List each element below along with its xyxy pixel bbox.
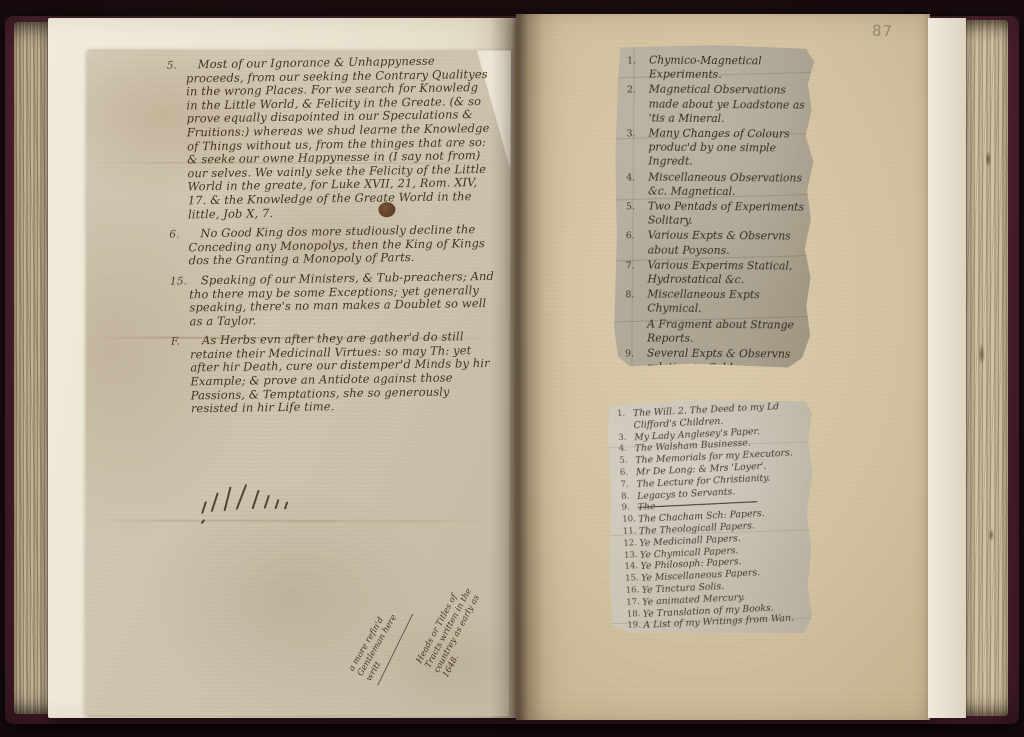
- folio-number: 87: [872, 22, 894, 41]
- item-text: Various Experims Statical, Hydrostatical…: [647, 258, 792, 286]
- list-item: 4.Miscellaneous Observations &c. Magneti…: [624, 170, 807, 200]
- entry-text: As Herbs evn after they are gather'd do …: [190, 330, 490, 416]
- item-number: 4.: [626, 171, 635, 185]
- item-number: 17.: [626, 597, 640, 609]
- entry-number: F.: [171, 336, 180, 350]
- entry-text: Speaking of our Ministers, & Tub-preache…: [189, 269, 494, 328]
- item-number: 7.: [620, 479, 629, 491]
- item-number: 1.: [617, 409, 626, 421]
- manuscript-entry: 15. Speaking of our Ministers, & Tub-pre…: [189, 270, 496, 329]
- list-item: 5.Two Pentads of Experiments Solitary.: [624, 199, 807, 229]
- item-number: 6.: [626, 230, 635, 244]
- item-number: 8.: [625, 289, 634, 303]
- list-item: 9.Several Expts & Observns relating to C…: [623, 346, 806, 376]
- item-number: 14.: [624, 561, 638, 573]
- item-text: Miscellaneous Observations &c. Magnetica…: [648, 170, 802, 198]
- item-number: 5.: [619, 456, 628, 468]
- underlying-page-edge: [928, 18, 966, 718]
- item-text: Various Expts & Observns about Poysons.: [648, 229, 791, 257]
- manuscript-entry: 6. No Good King dos more studiously decl…: [188, 223, 495, 268]
- pen-trial-marks: [199, 473, 302, 530]
- item-number: 13.: [624, 550, 638, 562]
- item-number: 4.: [619, 444, 628, 456]
- photograph-background: 5. Most of our Ignorance & Unhappynesse …: [0, 0, 1024, 737]
- item-text: Chymico-Magnetical Experiments.: [649, 54, 762, 82]
- item-text: Many Changes of Colours produc'd by one …: [648, 127, 789, 169]
- item-number: 5.: [626, 200, 635, 214]
- item-number: 16.: [626, 585, 640, 597]
- right-album-page: 87 1.Chymico-Magnetical Experiments. 2.M…: [516, 14, 930, 720]
- item-number: 12.: [623, 538, 637, 550]
- slip-top: 1.Chymico-Magnetical Experiments. 2.Magn…: [614, 44, 814, 367]
- list-item: 7.Various Experims Statical, Hydrostatic…: [623, 258, 806, 288]
- item-text: Two Pentads of Experiments Solitary.: [648, 200, 804, 228]
- item-number: 9.: [625, 347, 634, 361]
- item-number: 8.: [621, 491, 630, 503]
- entry-number: 5.: [167, 60, 177, 74]
- slip-bottom-rows: 1.The Will. 2. The Deed to my Ld Cliffor…: [616, 400, 818, 633]
- list-item: 6.Various Expts & Observns about Poysons…: [624, 229, 807, 259]
- manuscript-text-block: 5. Most of our Ignorance & Unhappynesse …: [186, 54, 497, 422]
- item-number: 11.: [623, 526, 637, 538]
- item-number: 19.: [627, 620, 641, 632]
- manuscript-leaf: 5. Most of our Ignorance & Unhappynesse …: [85, 49, 511, 716]
- list-item: 8.Miscellaneous Expts Chymical.: [623, 288, 806, 318]
- right-fore-edge: [964, 20, 1008, 716]
- ink-blot: [378, 202, 395, 217]
- list-item: A Fragment about Strange Reports.: [623, 317, 806, 347]
- list-item: 1.Chymico-Magnetical Experiments.: [625, 53, 808, 83]
- item-number: 1.: [627, 54, 636, 68]
- list-item: 2.Magnetical Observations made about ye …: [625, 83, 808, 127]
- item-number: 10.: [625, 377, 640, 391]
- list-item: 3.Many Changes of Colours produc'd by on…: [624, 126, 807, 170]
- item-number: 18.: [627, 609, 641, 621]
- manuscript-entry: 5. Most of our Ignorance & Unhappynesse …: [186, 54, 494, 222]
- item-number: 3.: [618, 432, 627, 444]
- item-number: 7.: [626, 259, 635, 273]
- item-text: A Fragment about Strange Reports.: [647, 317, 794, 345]
- item-text: Miscellaneous Expts Chymical.: [647, 288, 760, 316]
- item-number: 2.: [627, 84, 636, 98]
- item-number: 9.: [621, 503, 630, 515]
- item-number: 15.: [625, 573, 639, 585]
- item-number: 3.: [626, 127, 635, 141]
- item-number: 6.: [620, 467, 629, 479]
- corner-note-secondary: a more refin'd Gentleman here writt: [347, 599, 416, 685]
- entry-text: Most of our Ignorance & Unhappynesse pro…: [186, 54, 490, 221]
- item-text: Magnetical Observations made about ye Lo…: [649, 83, 805, 125]
- left-album-page: 5. Most of our Ignorance & Unhappynesse …: [48, 18, 516, 718]
- item-number: 10.: [622, 514, 636, 526]
- manuscript-entry: F. As Herbs evn after they are gather'd …: [190, 330, 497, 416]
- corner-note: Heads or Titles of Tracts written in the…: [415, 578, 495, 680]
- entry-text: No Good King dos more studiously decline…: [188, 222, 485, 267]
- slip-bottom: 1.The Will. 2. The Deed to my Ld Cliffor…: [608, 399, 814, 635]
- item-text: Several Expts & Observns relating to Col…: [647, 347, 791, 375]
- entry-number: 6.: [169, 229, 179, 243]
- entry-number: 15.: [170, 275, 187, 289]
